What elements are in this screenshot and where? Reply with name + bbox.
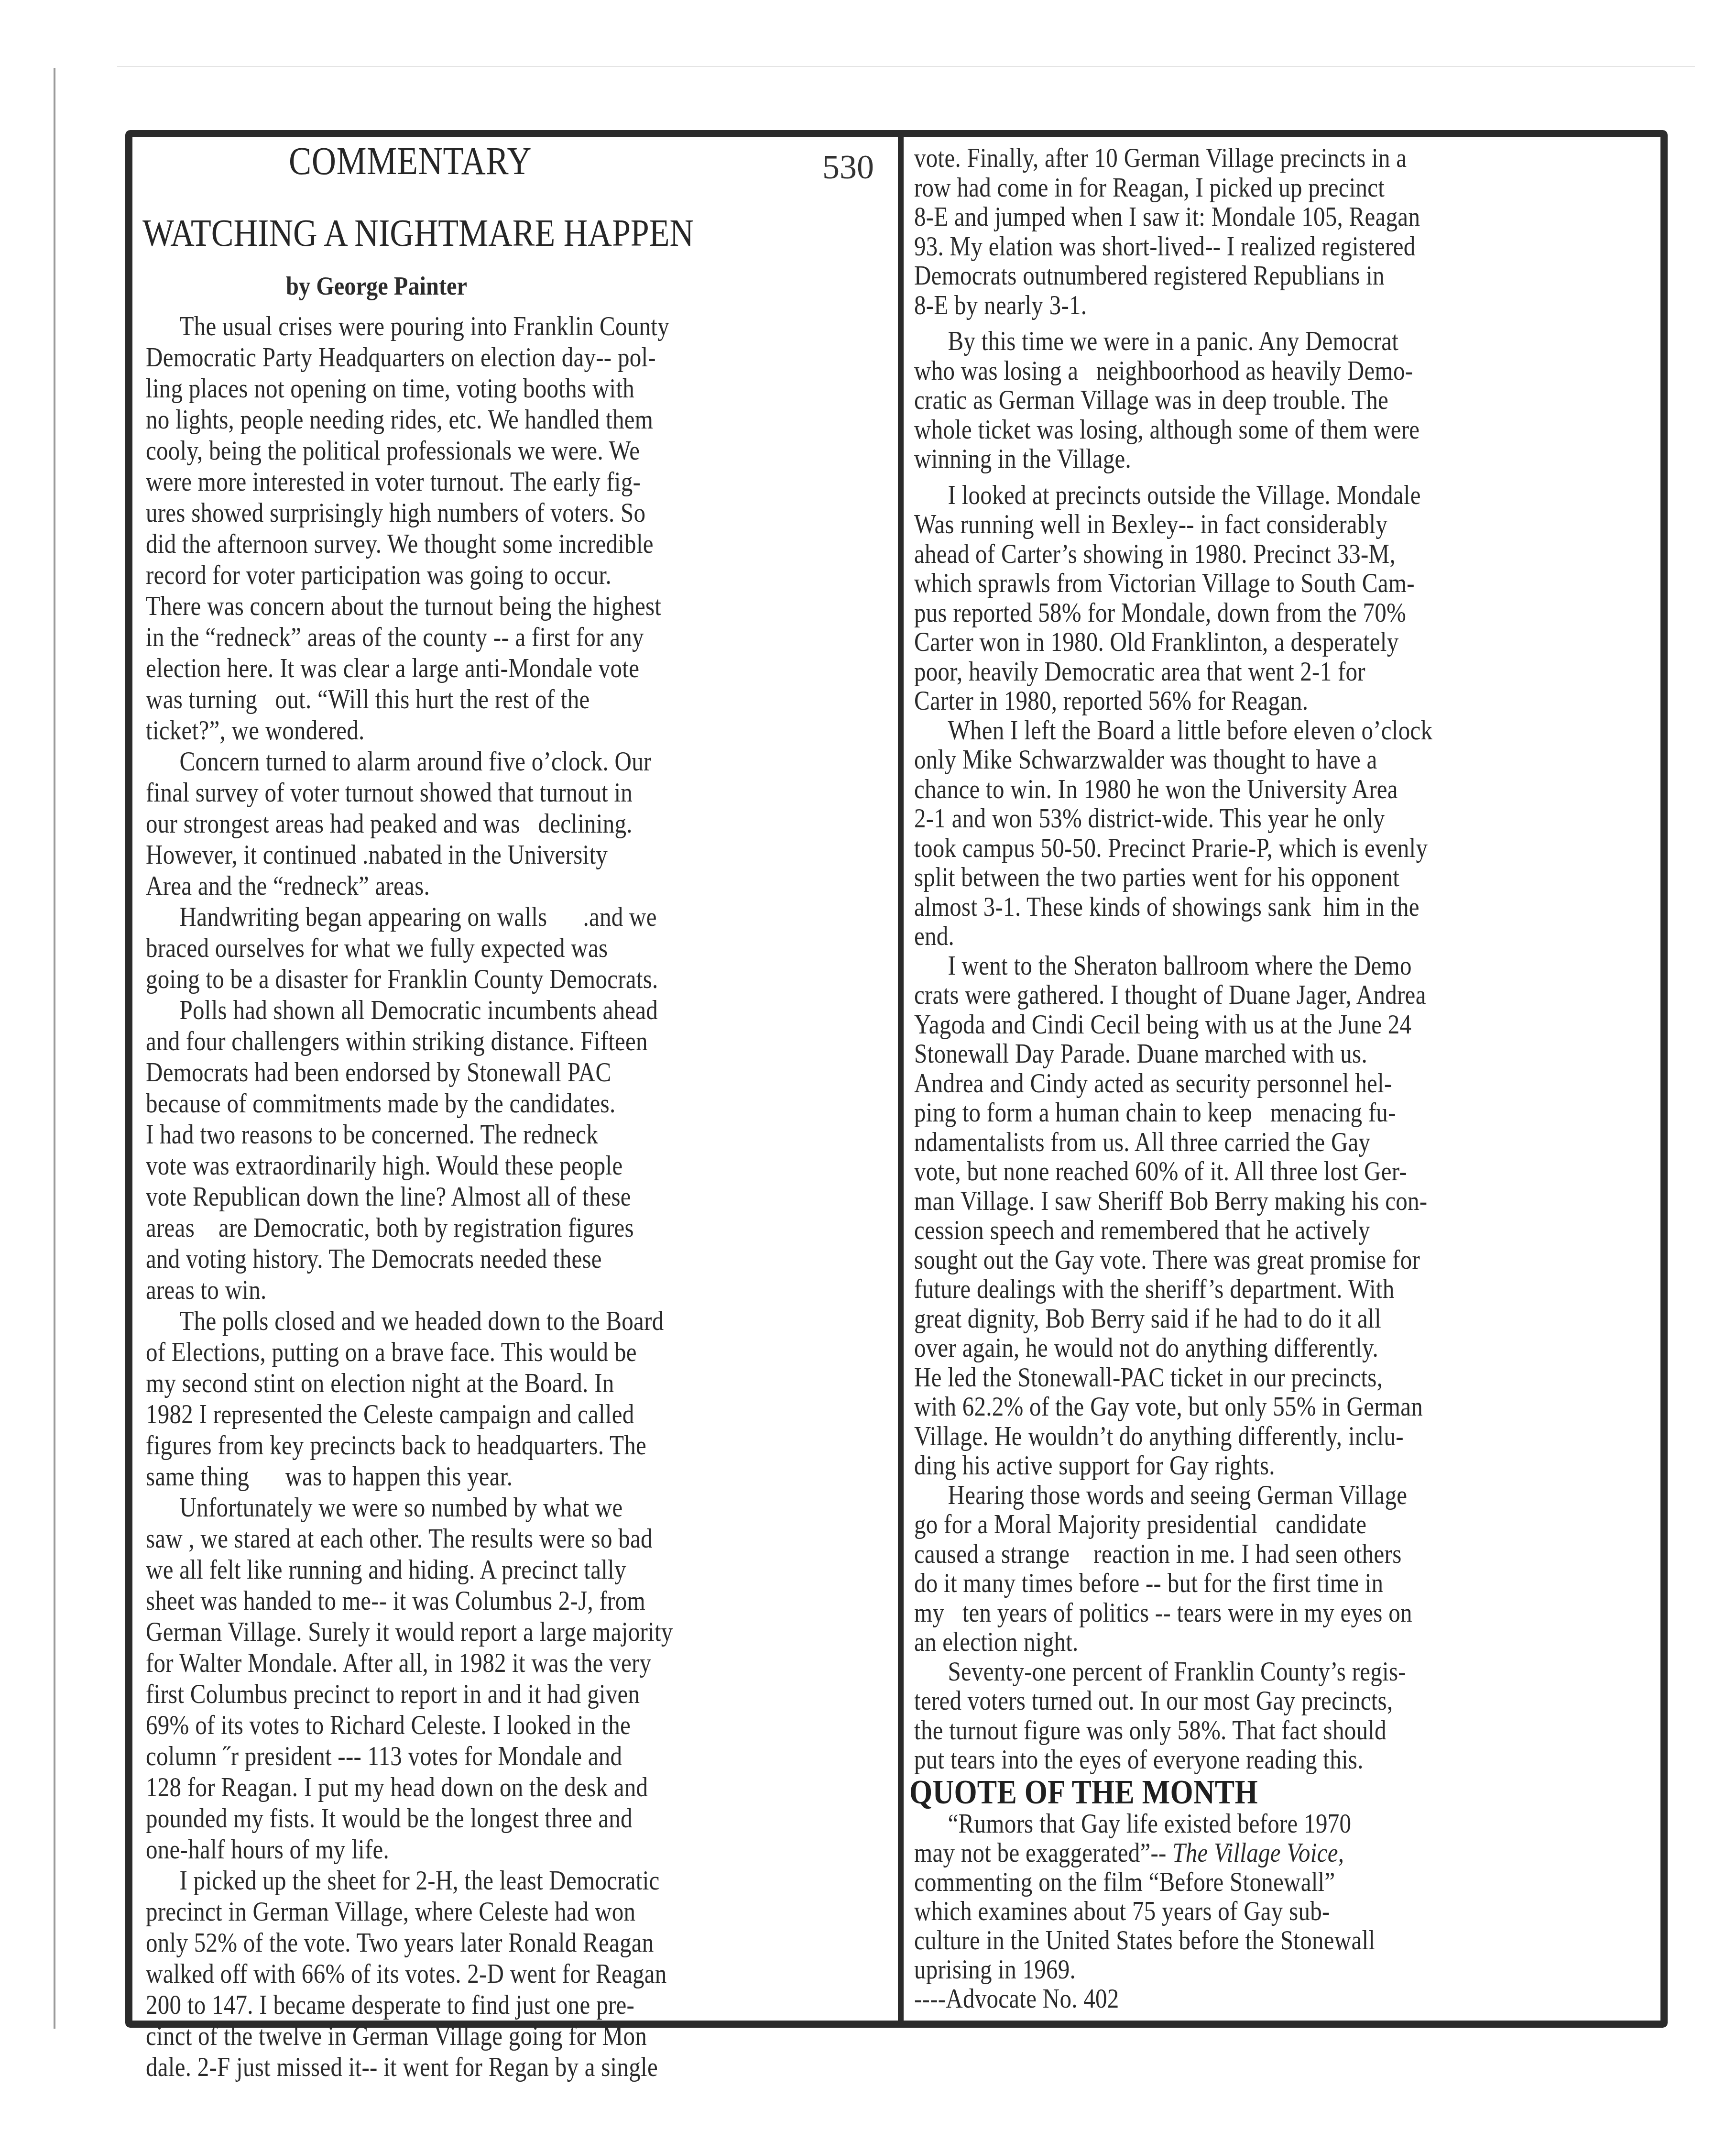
text-line: Democratic Party Headquarters on electio…: [146, 342, 787, 373]
text-line: cratic as German Village was in deep tro…: [914, 385, 1551, 415]
text-line: dale. 2-F just missed it-- it went for R…: [146, 2052, 787, 2083]
quote-line: commenting on the film “Before Stonewall…: [914, 1867, 1551, 1897]
text-line: and four challengers within striking dis…: [146, 1026, 787, 1057]
text-line: final survey of voter turnout showed tha…: [146, 777, 787, 808]
quote-body: “Rumors that Gay life existed before 197…: [914, 1809, 1655, 2013]
text-line: vote Republican down the line? Almost al…: [146, 1181, 787, 1212]
text-line: caused a strange reaction in me. I had s…: [914, 1539, 1551, 1569]
right-column: vote. Finally, after 10 German Village p…: [914, 143, 1655, 2013]
text-line: The usual crises were pouring into Frank…: [146, 311, 787, 342]
paragraph: The usual crises were pouring into Frank…: [146, 311, 892, 746]
text-line: I went to the Sheraton ballroom where th…: [914, 951, 1551, 981]
text-line: which sprawls from Victorian Village to …: [914, 569, 1551, 598]
text-line: with 62.2% of the Gay vote, but only 55%…: [914, 1392, 1551, 1422]
text-line: Village. He wouldn’t do anything differe…: [914, 1422, 1551, 1451]
text-line: Handwriting began appearing on walls .an…: [146, 901, 787, 933]
paragraph: I went to the Sheraton ballroom where th…: [914, 951, 1655, 1481]
text-line: By this time we were in a panic. Any Dem…: [914, 327, 1551, 356]
text-line: ping to form a human chain to keep menac…: [914, 1098, 1551, 1128]
text-line: Democrats had been endorsed by Stonewall…: [146, 1057, 787, 1088]
text-line: saw , we stared at each other. The resul…: [146, 1523, 787, 1554]
text-line: tered voters turned out. In our most Gay…: [914, 1686, 1551, 1716]
text-line: only 52% of the vote. Two years later Ro…: [146, 1927, 787, 1958]
text-line: put tears into the eyes of everyone read…: [914, 1745, 1551, 1775]
text-line: did the afternoon survey. We thought som…: [146, 528, 787, 560]
text-line: my second stint on election night at the…: [146, 1368, 787, 1399]
column-divider: [898, 133, 904, 2028]
text-line: 200 to 147. I became desperate to find j…: [146, 1989, 787, 2021]
text-line: took campus 50-50. Precinct Prarie-P, wh…: [914, 834, 1551, 863]
quote-line: may not be exaggerated”-- The Village Vo…: [914, 1838, 1551, 1867]
text-line: split between the two parties went for h…: [914, 863, 1551, 892]
text-line: poor, heavily Democratic area that went …: [914, 657, 1551, 687]
text-line: Carter in 1980, reported 56% for Reagan.: [914, 686, 1551, 716]
text-line: ahead of Carter’s showing in 1980. Preci…: [914, 539, 1551, 569]
text-line: precinct in German Village, where Celest…: [146, 1896, 787, 1927]
text-line: row had come in for Reagan, I picked up …: [914, 173, 1551, 203]
article-title: WATCHING A NIGHTMARE HAPPEN: [142, 214, 694, 253]
text-line: 93. My elation was short-lived-- I reali…: [914, 232, 1551, 262]
paragraph: I picked up the sheet for 2-H, the least…: [146, 1865, 892, 2083]
text-line: vote was extraordinarily high. Would the…: [146, 1150, 787, 1181]
text-line: However, it continued .nabated in the Un…: [146, 839, 787, 870]
text-line: The polls closed and we headed down to t…: [146, 1306, 787, 1337]
quote-of-the-month: QUOTE OF THE MONTH “Rumors that Gay life…: [914, 1775, 1655, 2013]
text-line: ndamentalists from us. All three carried…: [914, 1128, 1551, 1157]
text-line: 2-1 and won 53% district-wide. This year…: [914, 804, 1551, 834]
text-line: Andrea and Cindy acted as security perso…: [914, 1069, 1551, 1098]
paragraph: Seventy-one percent of Franklin County’s…: [914, 1657, 1655, 1775]
text-line: first Columbus precinct to report in and…: [146, 1679, 787, 1710]
text-line: in the “redneck” areas of the county -- …: [146, 622, 787, 653]
text-line: vote. Finally, after 10 German Village p…: [914, 143, 1551, 173]
text-line: future dealings with the sheriff’s depar…: [914, 1274, 1551, 1304]
text-line: There was concern about the turnout bein…: [146, 591, 787, 622]
left-column: The usual crises were pouring into Frank…: [146, 311, 892, 2083]
text-line: 69% of its votes to Richard Celeste. I l…: [146, 1710, 787, 1741]
right-column-body: vote. Finally, after 10 German Village p…: [914, 143, 1655, 1775]
paragraph: The polls closed and we headed down to t…: [146, 1306, 892, 1492]
text-line: 8-E by nearly 3-1.: [914, 291, 1551, 320]
text-line: Democrats outnumbered registered Republi…: [914, 261, 1551, 291]
text-line: pus reported 58% for Mondale, down from …: [914, 598, 1551, 628]
text-line: sheet was handed to me-- it was Columbus…: [146, 1585, 787, 1616]
paragraph: Handwriting began appearing on walls .an…: [146, 901, 892, 995]
quote-text: may not be exaggerated”--: [914, 1838, 1172, 1868]
text-line: sought out the Gay vote. There was great…: [914, 1245, 1551, 1275]
text-line: 1982 I represented the Celeste campaign …: [146, 1399, 787, 1430]
text-line: go for a Moral Majority presidential can…: [914, 1510, 1551, 1539]
quote-line: which examines about 75 years of Gay sub…: [914, 1897, 1551, 1926]
quote-line: culture in the United States before the …: [914, 1926, 1551, 1955]
text-line: because of commitments made by the candi…: [146, 1088, 787, 1119]
text-line: of Elections, putting on a brave face. T…: [146, 1337, 787, 1368]
text-line: He led the Stonewall-PAC ticket in our p…: [914, 1363, 1551, 1393]
paragraph: Unfortunately we were so numbed by what …: [146, 1492, 892, 1865]
text-line: going to be a disaster for Franklin Coun…: [146, 964, 787, 995]
text-line: election here. It was clear a large anti…: [146, 653, 787, 684]
text-line: Concern turned to alarm around five o’cl…: [146, 746, 787, 777]
text-line: I picked up the sheet for 2-H, the least…: [146, 1865, 787, 1896]
text-line: column ˝r president --- 113 votes for Mo…: [146, 1741, 787, 1772]
text-line: ticket?”, we wondered.: [146, 715, 787, 746]
quote-heading: QUOTE OF THE MONTH: [909, 1775, 1551, 1809]
text-line: record for voter participation was going…: [146, 560, 787, 591]
text-line: only Mike Schwarzwalder was thought to h…: [914, 745, 1551, 775]
text-line: Was running well in Bexley-- in fact con…: [914, 510, 1551, 539]
text-line: the turnout figure was only 58%. That fa…: [914, 1716, 1551, 1746]
text-line: walked off with 66% of its votes. 2-D we…: [146, 1958, 787, 1989]
text-line: ures showed surprisingly high numbers of…: [146, 497, 787, 528]
text-line: was turning out. “Will this hurt the res…: [146, 684, 787, 715]
text-line: 8-E and jumped when I saw it: Mondale 10…: [914, 202, 1551, 232]
paragraph: By this time we were in a panic. Any Dem…: [914, 327, 1655, 474]
text-line: Stonewall Day Parade. Duane marched with…: [914, 1039, 1551, 1069]
text-line: ding his active support for Gay rights.: [914, 1451, 1551, 1481]
text-line: cinct of the twelve in German Village go…: [146, 2021, 787, 2052]
text-line: Polls had shown all Democratic incumbent…: [146, 995, 787, 1026]
quote-source-publication: The Village Voice,: [1172, 1838, 1344, 1868]
scan-page-edge: [54, 68, 55, 2029]
text-line: my ten years of politics -- tears were i…: [914, 1598, 1551, 1628]
text-line: When I left the Board a little before el…: [914, 716, 1551, 746]
text-line: who was losing a neighboorhood as heavil…: [914, 356, 1551, 386]
text-line: vote, but none reached 60% of it. All th…: [914, 1157, 1551, 1186]
paragraph: Concern turned to alarm around five o’cl…: [146, 746, 892, 901]
text-line: do it many times before -- but for the f…: [914, 1569, 1551, 1598]
text-line: Area and the “redneck” areas.: [146, 870, 787, 901]
text-line: pounded my fists. It would be the longes…: [146, 1803, 787, 1834]
text-line: Hearing those words and seeing German Vi…: [914, 1481, 1551, 1510]
text-line: crats were gathered. I thought of Duane …: [914, 980, 1551, 1010]
quote-line: “Rumors that Gay life existed before 197…: [914, 1809, 1551, 1838]
paragraph: vote. Finally, after 10 German Village p…: [914, 143, 1655, 320]
text-line: Yagoda and Cindi Cecil being with us at …: [914, 1010, 1551, 1040]
text-line: cession speech and remembered that he ac…: [914, 1216, 1551, 1245]
paragraph: When I left the Board a little before el…: [914, 716, 1655, 951]
text-line: Unfortunately we were so numbed by what …: [146, 1492, 787, 1523]
quote-line: uprising in 1969.: [914, 1955, 1551, 1984]
text-line: ling places not opening on time, voting …: [146, 373, 787, 404]
text-line: one-half hours of my life.: [146, 1834, 787, 1865]
text-line: no lights, people needing rides, etc. We…: [146, 404, 787, 435]
text-line: Carter won in 1980. Old Franklinton, a d…: [914, 627, 1551, 657]
text-line: 128 for Reagan. I put my head down on th…: [146, 1772, 787, 1803]
text-line: figures from key precincts back to headq…: [146, 1430, 787, 1461]
text-line: great dignity, Bob Berry said if he had …: [914, 1304, 1551, 1334]
page-number: 530: [822, 150, 874, 184]
text-line: and voting history. The Democrats needed…: [146, 1243, 787, 1274]
scan-page-top-edge: [117, 66, 1695, 67]
text-line: I looked at precincts outside the Villag…: [914, 481, 1551, 510]
text-line: cooly, being the political professionals…: [146, 435, 787, 466]
text-line: braced ourselves for what we fully expec…: [146, 933, 787, 964]
text-line: Seventy-one percent of Franklin County’s…: [914, 1657, 1551, 1687]
section-label: COMMENTARY: [289, 142, 532, 181]
text-line: same thing was to happen this year.: [146, 1461, 787, 1492]
text-line: I had two reasons to be concerned. The r…: [146, 1119, 787, 1150]
paragraph: I looked at precincts outside the Villag…: [914, 481, 1655, 716]
paragraph: Polls had shown all Democratic incumbent…: [146, 995, 892, 1119]
text-line: end.: [914, 922, 1551, 951]
paragraph: I had two reasons to be concerned. The r…: [146, 1119, 892, 1306]
text-line: were more interested in voter turnout. T…: [146, 466, 787, 497]
text-line: man Village. I saw Sheriff Bob Berry mak…: [914, 1186, 1551, 1216]
text-line: almost 3-1. These kinds of showings sank…: [914, 892, 1551, 922]
quote-attribution: ----Advocate No. 402: [914, 1984, 1551, 2013]
text-line: whole ticket was losing, although some o…: [914, 415, 1551, 445]
byline: by George Painter: [286, 272, 467, 300]
text-line: areas are Democratic, both by registrati…: [146, 1212, 787, 1243]
text-line: for Walter Mondale. After all, in 1982 i…: [146, 1648, 787, 1679]
text-line: German Village. Surely it would report a…: [146, 1616, 787, 1648]
paragraph: Hearing those words and seeing German Vi…: [914, 1481, 1655, 1657]
text-line: winning in the Village.: [914, 444, 1551, 474]
text-line: we all felt like running and hiding. A p…: [146, 1554, 787, 1585]
text-line: an election night.: [914, 1627, 1551, 1657]
text-line: chance to win. In 1980 he won the Univer…: [914, 775, 1551, 804]
text-line: areas to win.: [146, 1274, 787, 1306]
text-line: over again, he would not do anything dif…: [914, 1333, 1551, 1363]
text-line: our strongest areas had peaked and was d…: [146, 808, 787, 839]
